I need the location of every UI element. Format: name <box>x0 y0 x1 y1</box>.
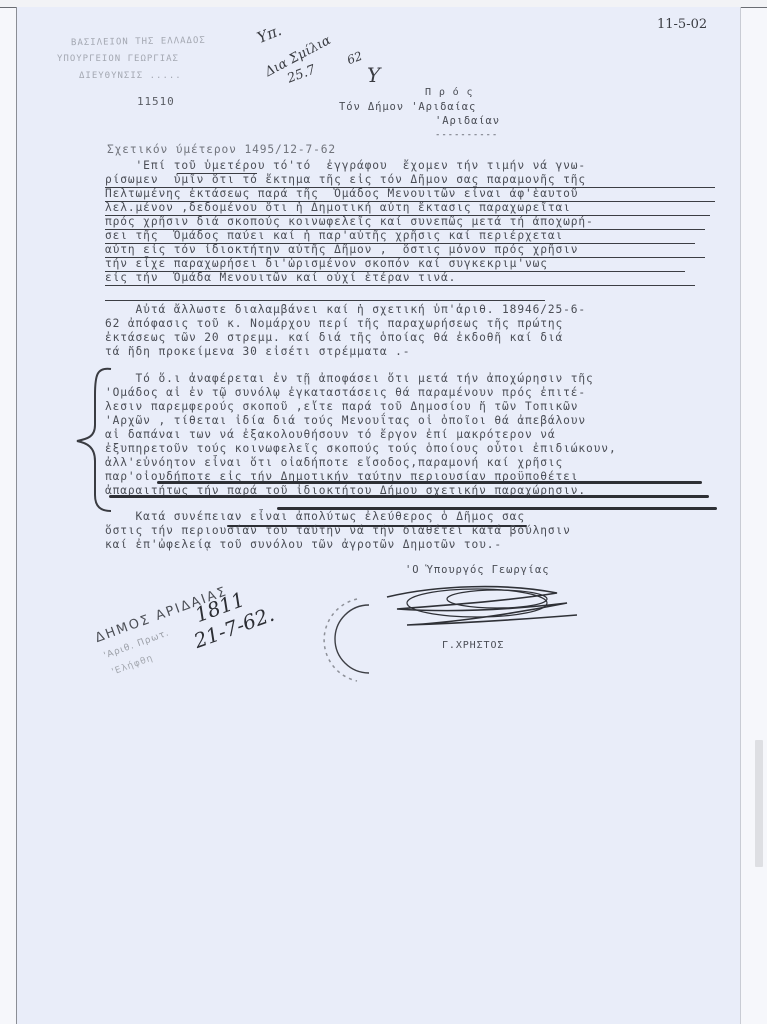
protocol-number: 11510 <box>137 95 175 109</box>
addressee-line-1: Τόν Δήμον 'Αριδαίας <box>339 100 476 114</box>
scrollbar-thumb[interactable] <box>755 740 763 867</box>
letterhead-line-3: ΔΙΕΥΘΥΝΣΙΣ ..... <box>79 71 182 81</box>
addressee-rule: ---------- <box>435 128 498 142</box>
underline-mark <box>105 271 685 272</box>
handwritten-note-5: Y <box>367 63 380 87</box>
underline-mark <box>105 187 715 188</box>
underline-mark <box>105 201 715 202</box>
paragraph-4: Κατά συνέπειαν εἶναι ἀπολύτως ἐλεύθερος … <box>105 510 571 552</box>
paragraph-1: 'Επί τοῦ ὑμετέρου τό'τό ἐγγράφου ἔχομεν … <box>105 159 594 285</box>
underline-mark <box>105 229 705 230</box>
reference-line: Σχετικόν ύμέτερον 1495/12-7-62 <box>107 143 336 157</box>
paragraph-2: Αὐτά ἄλλωστε διαλαμβάνει καί ἡ σχετική ὑ… <box>105 303 586 359</box>
addressee-pros: Π ρ ό ς <box>425 86 473 100</box>
signature-name: Γ.ΧΡΗΣΤΟΣ <box>442 639 504 653</box>
underline-mark <box>105 243 695 244</box>
strike-mark <box>109 495 709 498</box>
scanned-document-page: ΒΑΣΙΛΕΙΟΝ ΤΗΣ ΕΛΛΑΔΟΣ ΥΠΟΥΡΓΕΙΟΝ ΓΕΩΡΓΙΑ… <box>16 7 741 1024</box>
underline-mark <box>105 257 705 258</box>
letterhead-line-1: ΒΑΣΙΛΕΙΟΝ ΤΗΣ ΕΛΛΑΔΟΣ <box>71 36 206 48</box>
handwritten-note-1: Υπ. <box>255 21 284 47</box>
strike-mark <box>157 481 702 484</box>
signature-title: 'Ο Ὑπουργός Γεωργίας <box>405 563 549 577</box>
underline-mark <box>105 285 695 286</box>
underline-mark <box>105 300 545 301</box>
paragraph-3: Τό ὅ.ι ἀναφέρεται ἐν τῇ ἀποφάσει ὅτι μετ… <box>105 372 617 498</box>
letterhead-line-2: ΥΠΟΥΡΓΕΙΟΝ ΓΕΩΡΓΙΑΣ <box>57 54 179 64</box>
handwritten-note-4: 62 <box>345 49 364 67</box>
underline-mark <box>177 173 257 174</box>
underline-mark <box>105 215 710 216</box>
addressee-line-2: 'Αριδαίαν <box>435 114 500 128</box>
handwritten-date: 11-5-02 <box>657 17 707 32</box>
